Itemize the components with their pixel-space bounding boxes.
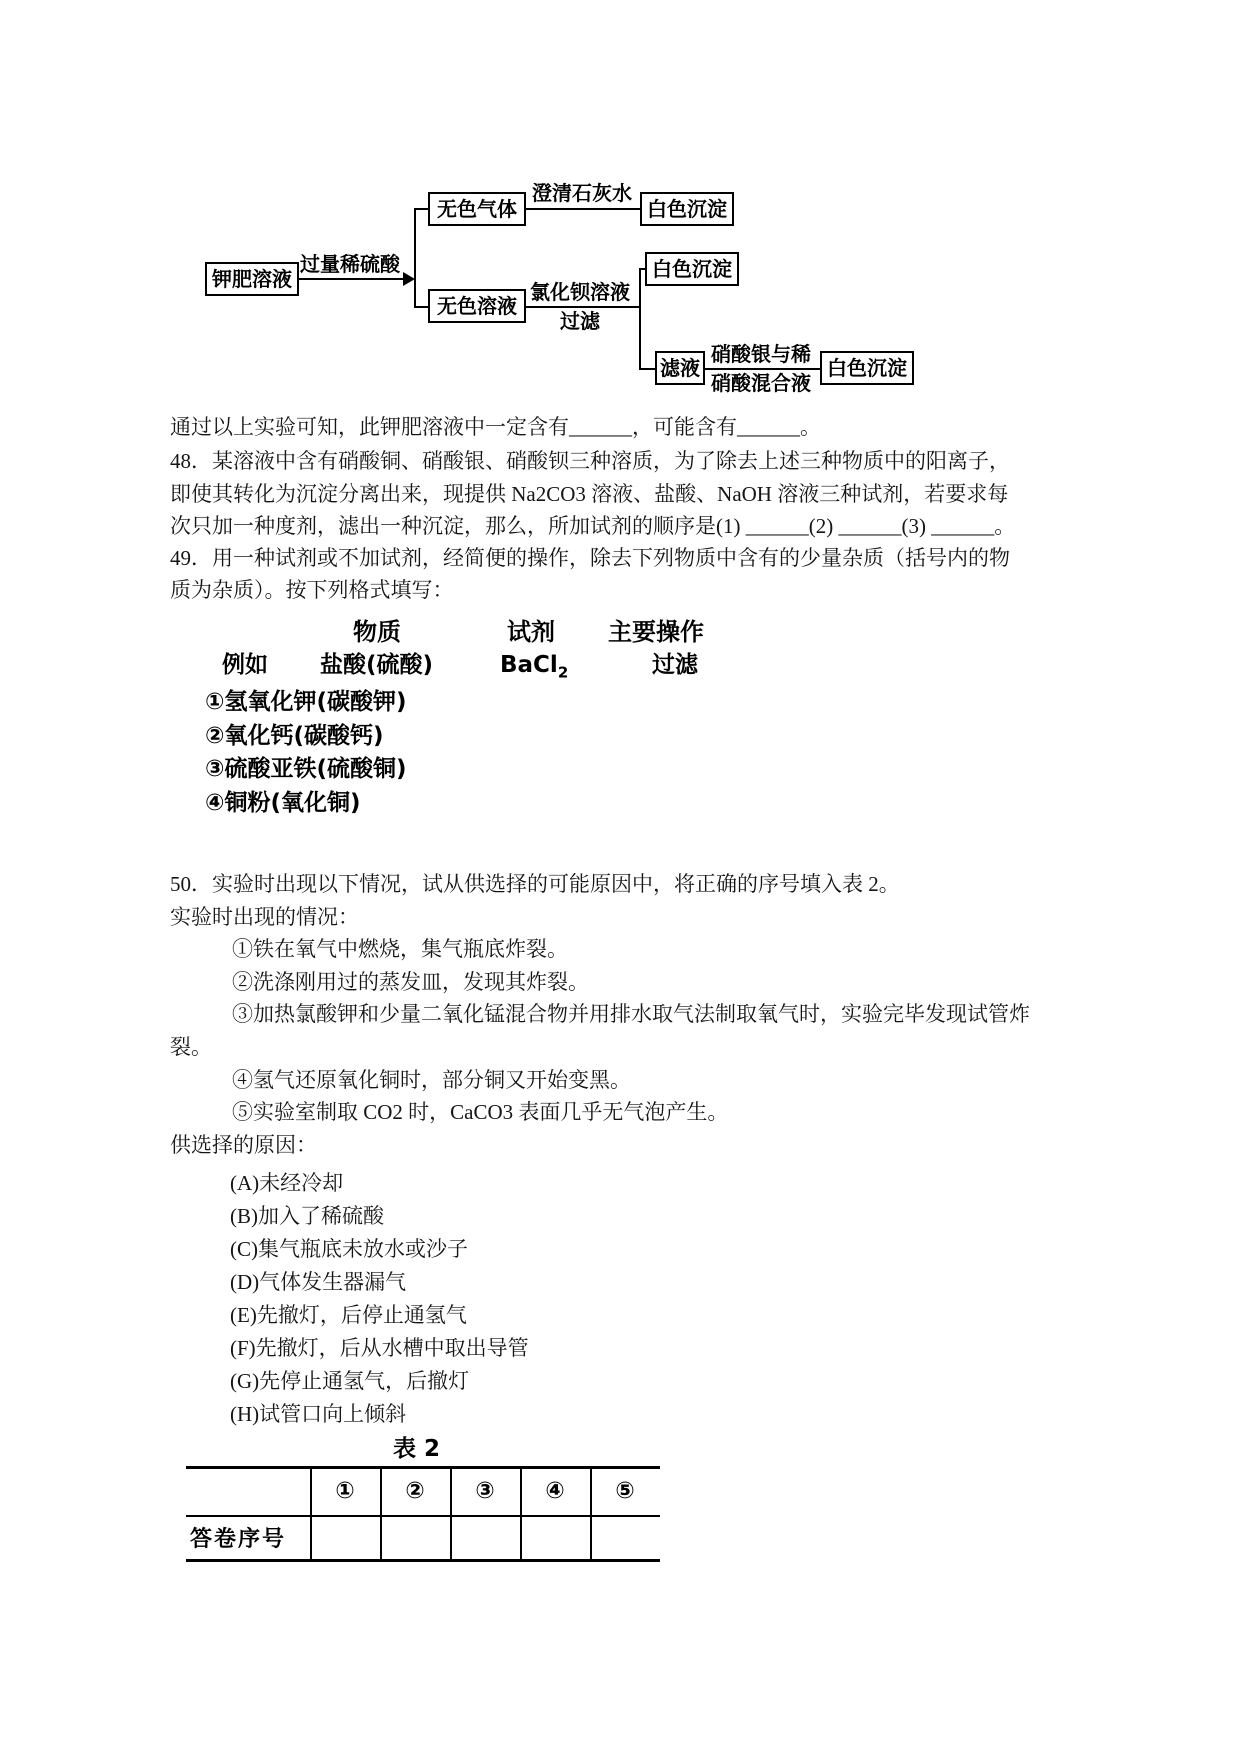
example-reagent-base: BaCl	[500, 652, 558, 678]
table2: ① ② ③ ④ ⑤ 答卷序号	[186, 1466, 660, 1562]
node-colorless-gas: 无色气体	[428, 192, 526, 226]
q50-reasons-title: 供选择的原因：	[170, 1132, 317, 1159]
edge-label-silver-nitrate-line2: 硝酸混合液	[700, 371, 822, 395]
table-grid-line	[186, 1515, 660, 1517]
column-header-substance: 物质	[353, 618, 401, 646]
reason-D: (D)气体发生器漏气	[230, 1269, 406, 1296]
connector-line	[297, 278, 405, 280]
reason-E: (E)先撤灯，后停止通氢气	[230, 1302, 467, 1329]
node-white-precipitate-bottom: 白色沉淀	[820, 351, 914, 385]
edge-label-silver-nitrate-line1: 硝酸银与稀	[700, 342, 822, 366]
reason-C: (C)集气瓶底未放水或沙子	[230, 1236, 468, 1263]
table2-header-1: ①	[310, 1478, 380, 1504]
example-row-label: 例如	[222, 651, 268, 679]
connector-line	[414, 208, 416, 308]
reason-B: (B)加入了稀硫酸	[230, 1203, 384, 1230]
q50-situation-3-continued: 裂。	[170, 1034, 212, 1061]
q50-situations-title: 实验时出现的情况：	[170, 904, 359, 931]
q48-line-2: 即使其转化为沉淀分离出来，现提供 Na2CO3 溶液、盐酸、NaOH 溶液三种试…	[170, 481, 1008, 508]
conclusion-line: 通过以上实验可知，此钾肥溶液中一定含有______，可能含有______。	[170, 414, 821, 441]
q50-situation-4: ④氢气还原氧化铜时，部分铜又开始变黑。	[232, 1067, 631, 1094]
q50-line-1: 50．实验时出现以下情况，试从供选择的可能原因中，将正确的序号填入表 2。	[170, 871, 900, 898]
q50-situation-3: ③加热氯酸钾和少量二氧化锰混合物并用排水取气法制取氧气时，实验完毕发现试管炸	[232, 1001, 1030, 1028]
reason-H: (H)试管口向上倾斜	[230, 1401, 406, 1428]
edge-label-barium-chloride: 氯化钡溶液	[519, 280, 641, 304]
table2-header-4: ④	[520, 1478, 590, 1504]
q50-situation-2: ②洗涤刚用过的蒸发皿，发现其炸裂。	[232, 969, 589, 996]
node-white-precipitate-top: 白色沉淀	[640, 192, 734, 226]
edge-label-excess-dilute-sulfuric-acid: 过量稀硫酸	[294, 252, 406, 276]
column-header-reagent: 试剂	[507, 618, 555, 646]
reason-G: (G)先停止通氢气，后撤灯	[230, 1368, 469, 1395]
connector-line	[701, 368, 822, 370]
q50-situation-1: ①铁在氧气中燃烧，集气瓶底炸裂。	[232, 936, 568, 963]
reason-A: (A)未经冷却	[230, 1170, 343, 1197]
node-colorless-solution: 无色溶液	[428, 289, 526, 323]
document-page: 钾肥溶液 无色气体 白色沉淀 无色溶液 白色沉淀 滤液 白色沉淀 过量稀硫酸 澄…	[0, 0, 1241, 1754]
example-operation: 过滤	[652, 651, 698, 679]
q49-line-2: 质为杂质）。按下列格式填写：	[170, 577, 454, 604]
table2-row-label: 答卷序号	[190, 1522, 286, 1553]
column-header-main-operation: 主要操作	[608, 618, 704, 646]
reason-F: (F)先撤灯，后从水槽中取出导管	[230, 1335, 529, 1362]
example-reagent-subscript: 2	[558, 664, 568, 682]
node-white-precipitate-mid: 白色沉淀	[645, 252, 739, 286]
q49-item-3: ③硫酸亚铁(硫酸铜)	[205, 755, 407, 783]
q48-line-1: 48．某溶液中含有硝酸铜、硝酸银、硝酸钡三种溶质，为了除去上述三种物质中的阳离子…	[170, 448, 1010, 475]
q49-line-1: 49．用一种试剂或不加试剂，经简便的操作，除去下列物质中含有的少量杂质（括号内的…	[170, 545, 1010, 572]
table2-header-3: ③	[450, 1478, 520, 1504]
example-substance: 盐酸(硫酸)	[320, 651, 433, 679]
q50-situation-5: ⑤实验室制取 CO2 时，CaCO3 表面几乎无气泡产生。	[232, 1099, 728, 1126]
q49-item-1: ①氢氧化钾(碳酸钾)	[205, 688, 407, 716]
example-reagent: BaCl2	[500, 651, 568, 687]
node-filtrate: 滤液	[655, 351, 705, 385]
q48-line-3: 次只加一种度剂，滤出一种沉淀，那么，所加试剂的顺序是(1) ______(2) …	[170, 513, 1015, 540]
edge-label-filter: 过滤	[519, 309, 641, 333]
table2-header-2: ②	[380, 1478, 450, 1504]
node-potash-solution: 钾肥溶液	[205, 262, 299, 296]
table2-header-5: ⑤	[590, 1478, 660, 1504]
edge-label-limewater: 澄清石灰水	[521, 181, 643, 205]
connector-line	[524, 208, 642, 210]
q49-item-4: ④铜粉(氧化铜)	[205, 789, 361, 817]
q49-item-2: ②氧化钙(碳酸钙)	[205, 722, 384, 750]
connector-line	[522, 306, 641, 308]
table2-title: 表 2	[393, 1430, 440, 1463]
